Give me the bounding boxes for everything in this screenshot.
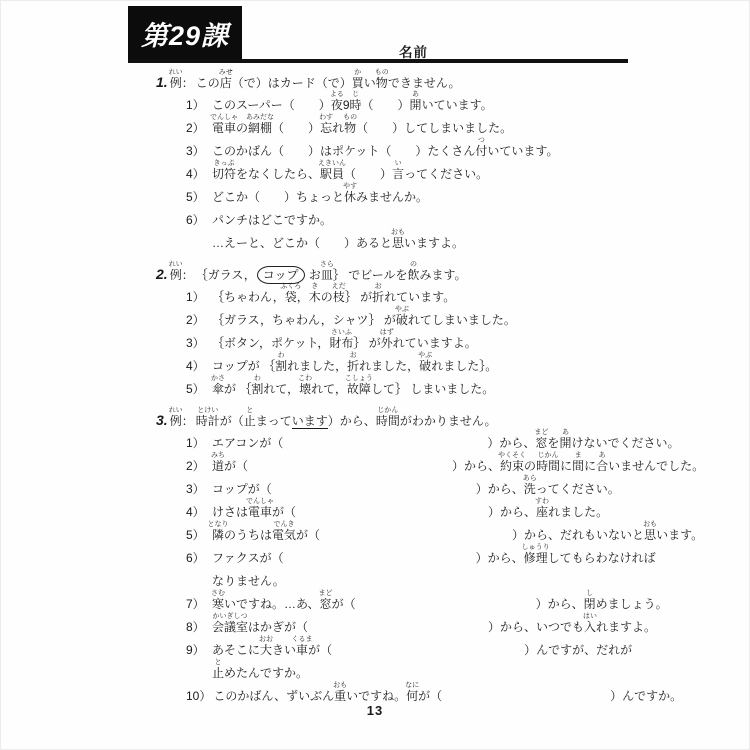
kanji-with-furigana: 座すわ bbox=[536, 501, 548, 524]
example-row: 3.例れい：時計とけいが（止とまっています）から、時間じかんがわかりません。 bbox=[156, 409, 648, 432]
furigana: とけい bbox=[197, 407, 218, 414]
item-number: 例れい： bbox=[170, 410, 194, 433]
furigana: もの bbox=[375, 69, 389, 76]
kanji-with-furigana: 開あ bbox=[559, 432, 571, 455]
row-text: パンチはどこですか。 bbox=[212, 213, 332, 227]
exercise-row: …えーと、どこか（ ）あると思おもいますよ。 bbox=[212, 232, 648, 255]
furigana: こわ bbox=[298, 375, 312, 382]
furigana: あ bbox=[412, 91, 419, 98]
furigana: あ bbox=[599, 452, 606, 459]
row-text: コップが（ ）から、洗あらってください。 bbox=[212, 482, 620, 496]
furigana: ふくろ bbox=[280, 283, 301, 290]
kanji-with-furigana: 電車でんしゃ bbox=[212, 117, 236, 140]
kanji-with-furigana: 物もの bbox=[376, 72, 388, 95]
furigana: みせ bbox=[219, 69, 233, 76]
kanji-with-furigana: 合あ bbox=[596, 455, 608, 478]
underlined-answer: います bbox=[292, 414, 328, 429]
furigana: さいふ bbox=[331, 329, 352, 336]
item-number: 5） bbox=[186, 186, 210, 209]
exercise-row: 3）このかばん（ ）はポケット（ ）たくさん付ついています。 bbox=[186, 140, 648, 163]
row-text: このかばん（ ）はポケット（ ）たくさん付ついています。 bbox=[212, 144, 558, 158]
item-number: 2） bbox=[186, 455, 210, 478]
furigana: まど bbox=[319, 590, 333, 597]
item-number: 例れい： bbox=[170, 72, 194, 95]
exercise-row: 2）道みちが（ ）から、約束やくそくの時間じかんに間まに合あいませんでした。 bbox=[186, 455, 648, 478]
row-text: 電車でんしゃの網棚あみだな（ ）忘わすれ物もの（ ）してしまいました。 bbox=[212, 121, 512, 135]
item-number: 1） bbox=[186, 286, 210, 309]
row-text: 会議室かいぎしつはかぎが（ ）から、いつでも入はいれますよ。 bbox=[212, 620, 656, 634]
row-text: このスーパー（ ）夜よる9時じ（ ）開あいています。 bbox=[212, 98, 493, 112]
item-number: 9） bbox=[186, 639, 210, 662]
kanji-with-furigana: 例れい bbox=[170, 72, 182, 95]
furigana: もの bbox=[343, 114, 357, 121]
furigana: き bbox=[311, 283, 318, 290]
kanji-with-furigana: 駅員えきいん bbox=[320, 163, 344, 186]
kanji-with-furigana: 隣となり bbox=[212, 524, 224, 547]
furigana: あ bbox=[562, 429, 569, 436]
kanji-with-furigana: 大おお bbox=[260, 639, 272, 662]
kanji-with-furigana: 忘わす bbox=[320, 117, 332, 140]
worksheet-page: 第29課 名前 1.例れい：この店みせ（で）はカード（で）買かい物ものできません… bbox=[0, 0, 750, 750]
circled-answer: コップ bbox=[257, 266, 305, 284]
kanji-with-furigana: 約束やくそく bbox=[500, 455, 524, 478]
furigana: やぶ bbox=[418, 352, 432, 359]
row-text: 切符きっぷをなくしたら、駅員えきいん（ ）言いってください。 bbox=[212, 167, 488, 181]
furigana: かいぎしつ bbox=[213, 613, 248, 620]
furigana: かさ bbox=[211, 375, 225, 382]
exercise-section: 3.例れい：時計とけいが（止とまっています）から、時間じかんがわかりません。1）… bbox=[156, 409, 648, 708]
kanji-with-furigana: 物もの bbox=[344, 117, 356, 140]
kanji-with-furigana: 破やぶ bbox=[396, 309, 408, 332]
row-text: あそこに大おおきい車くるまが（ ）んですが、だれが bbox=[212, 643, 632, 657]
exercise-section: 2.例れい：｛ガラス，コップ お皿さら｝ でビールを飲のみます。1）｛ちゃわん，… bbox=[156, 263, 648, 401]
furigana: やす bbox=[343, 183, 357, 190]
furigana: やぶ bbox=[395, 306, 409, 313]
kanji-with-furigana: 切符きっぷ bbox=[212, 163, 236, 186]
section-number: 3. bbox=[156, 412, 168, 428]
kanji-with-furigana: 店みせ bbox=[220, 72, 232, 95]
name-label: 名前 bbox=[399, 41, 428, 61]
furigana: はず bbox=[380, 329, 394, 336]
item-number: 6） bbox=[186, 209, 210, 232]
kanji-with-furigana: 壊こわ bbox=[299, 378, 311, 401]
kanji-with-furigana: 故障こしょう bbox=[347, 378, 371, 401]
row-text: ｛ガラス，コップ お皿さら｝ でビールを飲のみます。 bbox=[196, 268, 467, 282]
furigana: でんしゃ bbox=[210, 114, 238, 121]
item-number: 2） bbox=[186, 309, 210, 332]
exercise-content: 1.例れい：この店みせ（で）はカード（で）買かい物ものできません。1）このスーパ… bbox=[156, 71, 648, 708]
row-text: 道みちが（ ）から、約束やくそくの時間じかんに間まに合あいませんでした。 bbox=[212, 459, 704, 473]
item-number: 5） bbox=[186, 378, 210, 401]
furigana: しゅうり bbox=[522, 544, 550, 551]
exercise-section: 1.例れい：この店みせ（で）はカード（で）買かい物ものできません。1）このスーパ… bbox=[156, 71, 648, 255]
furigana: か bbox=[354, 69, 361, 76]
furigana: じかん bbox=[377, 407, 398, 414]
item-number: 8） bbox=[186, 616, 210, 639]
furigana: でんしゃ bbox=[246, 498, 274, 505]
exercise-row: 2）電車でんしゃの網棚あみだな（ ）忘わすれ物もの（ ）してしまいました。 bbox=[186, 117, 648, 140]
exercise-row: 止とめたんですか。 bbox=[212, 662, 648, 685]
kanji-with-furigana: 飲の bbox=[407, 264, 419, 287]
item-number: 3） bbox=[186, 332, 210, 355]
kanji-with-furigana: 割わ bbox=[251, 378, 263, 401]
kanji-with-furigana: 思おも bbox=[644, 524, 656, 547]
kanji-with-furigana: 傘かさ bbox=[212, 378, 224, 401]
furigana: おお bbox=[259, 636, 273, 643]
furigana: れい bbox=[169, 407, 183, 414]
furigana: あみだな bbox=[246, 114, 274, 121]
furigana: と bbox=[246, 407, 253, 414]
example-row: 1.例れい：この店みせ（で）はカード（で）買かい物ものできません。 bbox=[156, 71, 648, 94]
kanji-with-furigana: 時計とけい bbox=[196, 410, 220, 433]
kanji-with-furigana: 止と bbox=[244, 410, 256, 433]
exercise-row: 2）｛ガラス，ちゃわん，シャツ｝ が破やぶれてしまいました。 bbox=[186, 309, 648, 332]
lesson-title-badge: 第29課 bbox=[128, 6, 242, 60]
furigana: こしょう bbox=[345, 375, 373, 382]
furigana: つ bbox=[478, 137, 485, 144]
furigana: なに bbox=[405, 682, 419, 689]
item-number: 2） bbox=[186, 117, 210, 140]
furigana: れい bbox=[169, 69, 183, 76]
kanji-with-furigana: 外はず bbox=[381, 332, 393, 355]
section-number: 1. bbox=[156, 74, 168, 90]
exercise-row: 6）ファクスが（ ）から、修理しゅうりしてもらわなければ bbox=[186, 547, 648, 570]
furigana: わす bbox=[319, 114, 333, 121]
exercise-row: 1）｛ちゃわん，袋ふくろ，木きの枝えだ｝ が折おれています。 bbox=[186, 286, 648, 309]
kanji-with-furigana: 時間じかん bbox=[536, 455, 560, 478]
row-text: ｛ガラス，ちゃわん，シャツ｝ が破やぶれてしまいました。 bbox=[212, 313, 516, 327]
kanji-with-furigana: 言い bbox=[392, 163, 404, 186]
exercise-row: 4）切符きっぷをなくしたら、駅員えきいん（ ）言いってください。 bbox=[186, 163, 648, 186]
example-row: 2.例れい：｛ガラス，コップ お皿さら｝ でビールを飲のみます。 bbox=[156, 263, 648, 286]
exercise-row: 3）｛ボタン，ポケット，財布さいふ｝ が外はずれていますよ。 bbox=[186, 332, 648, 355]
item-number: 7） bbox=[186, 593, 210, 616]
kanji-with-furigana: 木き bbox=[309, 286, 321, 309]
row-text: コップが ｛割われました，折おれました，破やぶれました｝。 bbox=[212, 359, 497, 373]
row-text: ファクスが（ ）から、修理しゅうりしてもらわなければ bbox=[212, 551, 656, 565]
furigana: くるま bbox=[292, 636, 313, 643]
kanji-with-furigana: 修理しゅうり bbox=[524, 547, 548, 570]
kanji-with-furigana: 折お bbox=[372, 286, 384, 309]
row-text: エアコンが（ ）から、窓まどを開あけないでください。 bbox=[212, 436, 679, 450]
furigana: よる bbox=[330, 91, 344, 98]
furigana: おも bbox=[643, 521, 657, 528]
furigana: やくそく bbox=[498, 452, 526, 459]
furigana: えだ bbox=[332, 283, 346, 290]
furigana: となり bbox=[208, 521, 229, 528]
exercise-row: なりません。 bbox=[212, 570, 648, 593]
row-text: 時計とけいが（止とまっています）から、時間じかんがわかりません。 bbox=[196, 414, 497, 428]
kanji-with-furigana: 止と bbox=[212, 662, 224, 685]
exercise-row: 7）寒さむいですね。…あ、窓まどが（ ）から、閉しめましょう。 bbox=[186, 593, 648, 616]
kanji-with-furigana: 窓まど bbox=[320, 593, 332, 616]
furigana: おも bbox=[333, 682, 347, 689]
kanji-with-furigana: 網棚あみだな bbox=[248, 117, 272, 140]
row-text: このかばん、ずいぶん重おもいですね。何なにが（ ）んですか。 bbox=[213, 689, 682, 703]
furigana: さむ bbox=[211, 590, 225, 597]
furigana: の bbox=[410, 261, 417, 268]
exercise-row: 8）会議室かいぎしつはかぎが（ ）から、いつでも入はいれますよ。 bbox=[186, 616, 648, 639]
row-text: けさは電車でんしゃが（ ）から、座すわれました。 bbox=[212, 505, 608, 519]
kanji-with-furigana: 洗あら bbox=[524, 478, 536, 501]
kanji-with-furigana: 道みち bbox=[212, 455, 224, 478]
kanji-with-furigana: 電気でんき bbox=[272, 524, 296, 547]
furigana: わ bbox=[254, 375, 261, 382]
item-number: 4） bbox=[186, 501, 210, 524]
furigana: さら bbox=[320, 261, 334, 268]
row-text: なりません。 bbox=[212, 574, 285, 588]
kanji-with-furigana: 枝えだ bbox=[333, 286, 345, 309]
row-text: ｛ボタン，ポケット，財布さいふ｝ が外はずれていますよ。 bbox=[212, 336, 477, 350]
furigana: ま bbox=[575, 452, 582, 459]
kanji-with-furigana: 会議室かいぎしつ bbox=[212, 616, 248, 639]
row-text: どこか（ ）ちょっと休やすみませんか。 bbox=[212, 190, 428, 204]
kanji-with-furigana: 袋ふくろ bbox=[285, 286, 297, 309]
kanji-with-furigana: 車くるま bbox=[296, 639, 308, 662]
furigana: えきいん bbox=[318, 160, 346, 167]
exercise-row: 5）どこか（ ）ちょっと休やすみませんか。 bbox=[186, 186, 648, 209]
row-text: この店みせ（で）はカード（で）買かい物ものできません。 bbox=[196, 76, 461, 90]
furigana: きっぷ bbox=[214, 160, 235, 167]
furigana: はい bbox=[583, 613, 597, 620]
row-text: 傘かさが ｛割われて，壊こわれて，故障こしょうして｝ しまいました。 bbox=[212, 382, 494, 396]
kanji-with-furigana: 例れい bbox=[170, 264, 182, 287]
kanji-with-furigana: 入はい bbox=[584, 616, 596, 639]
exercise-row: 9）あそこに大おおきい車くるまが（ ）んですが、だれが bbox=[186, 639, 648, 662]
furigana: じ bbox=[352, 91, 359, 98]
exercise-row: 6）パンチはどこですか。 bbox=[186, 209, 648, 232]
kanji-with-furigana: 間ま bbox=[572, 455, 584, 478]
item-number: 4） bbox=[186, 163, 210, 186]
row-text: 止とめたんですか。 bbox=[212, 666, 308, 680]
furigana: れい bbox=[169, 261, 183, 268]
kanji-with-furigana: 例れい bbox=[170, 410, 182, 433]
item-number: 3） bbox=[186, 478, 210, 501]
exercise-row: 5）傘かさが ｛割われて，壊こわれて，故障こしょうして｝ しまいました。 bbox=[186, 378, 648, 401]
exercise-row: 5）隣となりのうちは電気でんきが（ ）から、だれもいないと思おもいます。 bbox=[186, 524, 648, 547]
furigana: と bbox=[215, 659, 222, 666]
furigana: すわ bbox=[535, 498, 549, 505]
item-number: 例れい： bbox=[170, 264, 194, 287]
kanji-with-furigana: 破やぶ bbox=[419, 355, 431, 378]
page-number: 13 bbox=[1, 703, 749, 718]
furigana: い bbox=[395, 160, 402, 167]
furigana: おも bbox=[391, 229, 405, 236]
item-number: 6） bbox=[186, 547, 210, 570]
furigana: お bbox=[375, 283, 382, 290]
kanji-with-furigana: 開あ bbox=[410, 94, 422, 117]
furigana: わ bbox=[278, 352, 285, 359]
furigana: あら bbox=[523, 475, 537, 482]
item-number: 1） bbox=[186, 432, 210, 455]
furigana: でんき bbox=[274, 521, 295, 528]
row-text: …えーと、どこか（ ）あると思おもいますよ。 bbox=[212, 236, 464, 250]
kanji-with-furigana: 割わ bbox=[275, 355, 287, 378]
kanji-with-furigana: 電車でんしゃ bbox=[248, 501, 272, 524]
row-text: 隣となりのうちは電気でんきが（ ）から、だれもいないと思おもいます。 bbox=[212, 528, 703, 542]
row-text: ｛ちゃわん，袋ふくろ，木きの枝えだ｝ が折おれています。 bbox=[212, 290, 455, 304]
furigana: まど bbox=[534, 429, 548, 436]
furigana: し bbox=[586, 590, 593, 597]
furigana: みち bbox=[211, 452, 225, 459]
item-number: 5） bbox=[186, 524, 210, 547]
item-number: 1） bbox=[186, 94, 210, 117]
item-number: 4） bbox=[186, 355, 210, 378]
kanji-with-furigana: 時間じかん bbox=[376, 410, 400, 433]
section-number: 2. bbox=[156, 266, 168, 282]
item-number: 3） bbox=[186, 140, 210, 163]
row-text: 寒さむいですね。…あ、窓まどが（ ）から、閉しめましょう。 bbox=[212, 597, 668, 611]
furigana: お bbox=[350, 352, 357, 359]
furigana: じかん bbox=[538, 452, 559, 459]
kanji-with-furigana: 思おも bbox=[392, 232, 404, 255]
kanji-with-furigana: 付つ bbox=[475, 140, 487, 163]
header-rule bbox=[128, 59, 628, 63]
kanji-with-furigana: 休やす bbox=[344, 186, 356, 209]
exercise-row: 4）けさは電車でんしゃが（ ）から、座すわれました。 bbox=[186, 501, 648, 524]
